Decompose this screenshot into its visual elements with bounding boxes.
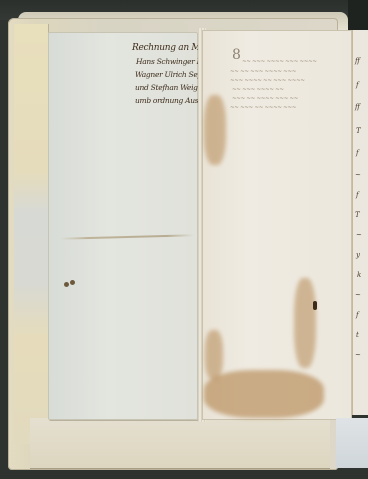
margin-glyph: ff <box>355 104 360 111</box>
margin-glyph: T <box>355 212 359 219</box>
ink-blot <box>313 301 317 310</box>
faint-line: ~~ ~~~ ~~~~ ~~ <box>232 88 284 94</box>
faint-line: ~~ ~~~ ~~ ~~~~ ~~~ <box>230 106 296 112</box>
folio-number: 8 <box>232 48 241 62</box>
water-stain <box>204 95 226 165</box>
margin-glyph: f <box>356 150 358 157</box>
faint-line: ~~ ~~ ~~~ ~~~~ ~~~ <box>230 70 296 76</box>
stain-spot <box>70 280 75 285</box>
margin-glyph: T <box>356 128 360 135</box>
faint-line: ~~ ~~~ ~~~~ ~~~ ~~~~ <box>242 60 317 66</box>
stain-spot <box>64 282 69 287</box>
margin-glyph: f <box>356 312 358 319</box>
margin-glyph: ~ <box>355 352 361 359</box>
margin-glyph: f <box>356 192 358 199</box>
margin-glyph: f <box>356 82 358 89</box>
margin-glyph: k <box>357 272 361 279</box>
water-stain <box>294 278 316 368</box>
faint-line: ~~~ ~~ ~~~~ ~~~ ~~ <box>232 97 298 103</box>
left-edge-strip <box>14 24 49 444</box>
margin-glyph: ~ <box>355 172 361 179</box>
margin-glyph: y <box>356 252 360 259</box>
margin-glyph: t <box>356 332 359 339</box>
margin-glyph: ~ <box>355 292 361 299</box>
margin-glyph: ff <box>355 58 360 65</box>
bottom-leaf-edge <box>30 418 330 469</box>
margin-glyph: ~ <box>356 232 362 239</box>
water-stain <box>204 370 324 418</box>
far-right-leaf-bottom <box>336 418 368 468</box>
water-stain <box>205 330 223 380</box>
faint-line: ~~~ ~~~~ ~~ ~~~ ~~~~ <box>230 79 305 85</box>
